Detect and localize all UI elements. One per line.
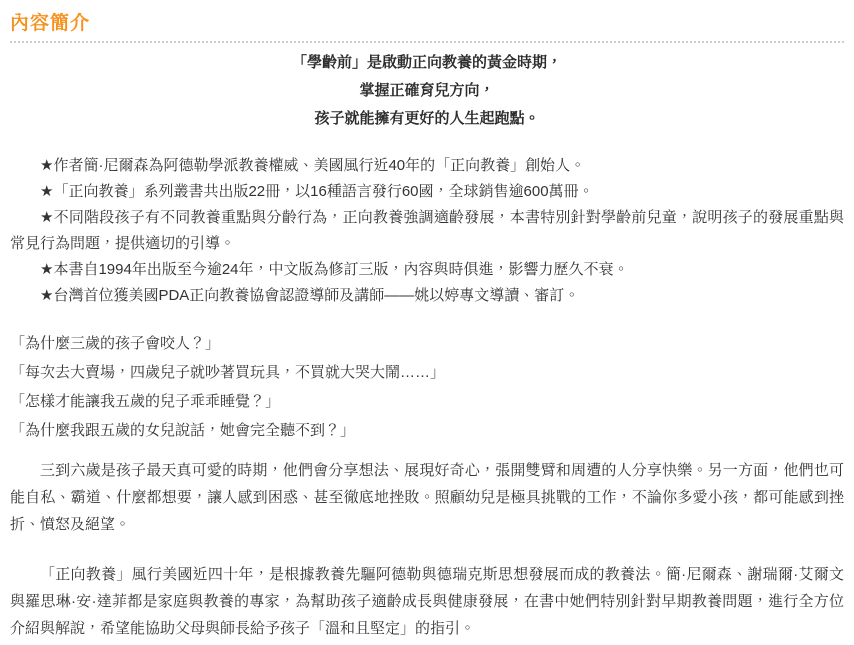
star-icon: ★ [40, 157, 53, 174]
quote-line: 「每次去大賣場，四歲兒子就吵著買玩具，不買就大哭大鬧……」 [10, 358, 844, 387]
intro-tagline: 「學齡前」是啟動正向教養的黃金時期， 掌握正確育兒方向， 孩子就能擁有更好的人生… [10, 49, 844, 133]
highlight-list: ★作者簡·尼爾森為阿德勒學派教養權威、美國風行近40年的「正向教養」創始人。 ★… [10, 153, 844, 309]
highlight-item: ★本書自1994年出版至今逾24年，中文版為修訂三版，內容與時俱進，影響力歷久不… [10, 257, 844, 283]
highlight-text: 作者簡·尼爾森為阿德勒學派教養權威、美國風行近40年的「正向教養」創始人。 [53, 157, 585, 174]
quote-line: 「為什麼我跟五歲的女兒說話，她會完全聽不到？」 [10, 416, 844, 445]
parent-quotes: 「為什麼三歲的孩子會咬人？」 「每次去大賣場，四歲兒子就吵著買玩具，不買就大哭大… [10, 329, 844, 445]
body-paragraph: 「正向教養」風行美國近四十年，是根據教養先驅阿德勒與德瑞克斯思想發展而成的教養法… [10, 561, 844, 642]
highlight-item: ★不同階段孩子有不同教養重點與分齡行為，正向教養強調適齡發展，本書特別針對學齡前… [10, 205, 844, 257]
body-paragraph: 三到六歲是孩子最天真可愛的時期，他們會分享想法、展現好奇心，張開雙臂和周遭的人分… [10, 457, 844, 538]
highlight-text: 本書自1994年出版至今逾24年，中文版為修訂三版，內容與時俱進，影響力歷久不衰… [53, 261, 628, 278]
quote-line: 「怎樣才能讓我五歲的兒子乖乖睡覺？」 [10, 387, 844, 416]
book-description-page: 內容簡介 「學齡前」是啟動正向教養的黃金時期， 掌握正確育兒方向， 孩子就能擁有… [0, 0, 854, 645]
intro-line: 孩子就能擁有更好的人生起跑點。 [10, 105, 844, 133]
intro-line: 「學齡前」是啟動正向教養的黃金時期， [10, 49, 844, 77]
intro-line: 掌握正確育兒方向， [10, 77, 844, 105]
star-icon: ★ [40, 183, 53, 200]
highlight-item: ★台灣首位獲美國PDA正向教養協會認證導師及講師——姚以婷專文導讀、審訂。 [10, 283, 844, 309]
highlight-text: 不同階段孩子有不同教養重點與分齡行為，正向教養強調適齡發展，本書特別針對學齡前兒… [10, 209, 844, 252]
highlight-text: 台灣首位獲美國PDA正向教養協會認證導師及講師——姚以婷專文導讀、審訂。 [53, 287, 579, 304]
highlight-item: ★作者簡·尼爾森為阿德勒學派教養權威、美國風行近40年的「正向教養」創始人。 [10, 153, 844, 179]
star-icon: ★ [40, 209, 54, 226]
highlight-item: ★「正向教養」系列叢書共出版22冊，以16種語言發行60國，全球銷售逾600萬冊… [10, 179, 844, 205]
highlight-text: 「正向教養」系列叢書共出版22冊，以16種語言發行60國，全球銷售逾600萬冊。 [53, 183, 593, 200]
star-icon: ★ [40, 261, 53, 278]
quote-line: 「為什麼三歲的孩子會咬人？」 [10, 329, 844, 358]
dotted-divider [10, 41, 844, 43]
star-icon: ★ [40, 287, 53, 304]
section-title: 內容簡介 [10, 12, 844, 36]
